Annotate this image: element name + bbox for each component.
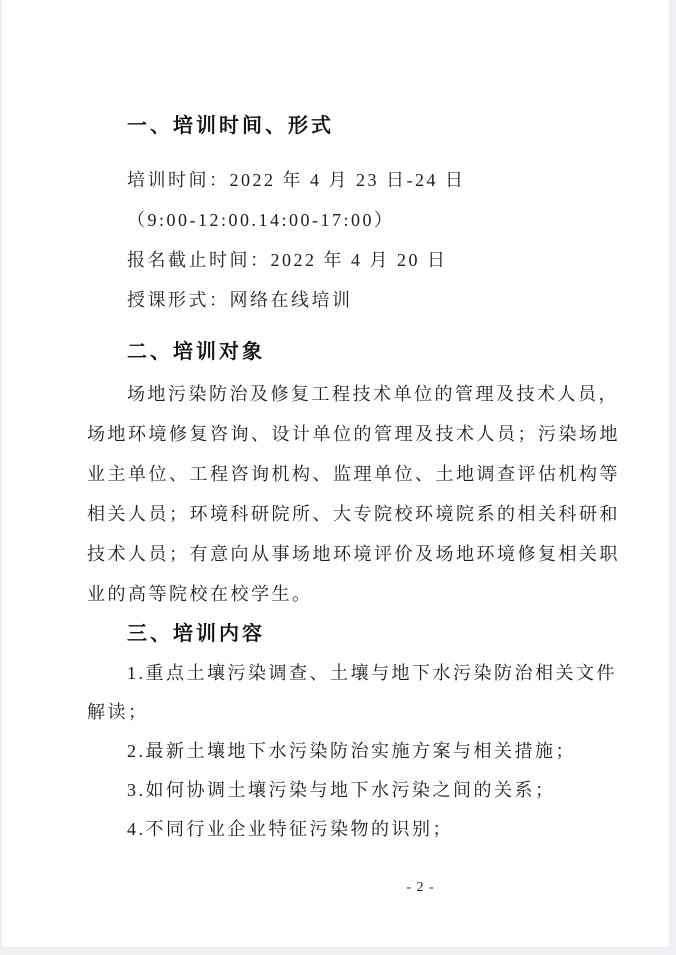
document-page: 一、培训时间、形式 培训时间：2022 年 4 月 23 日-24 日 （9:0… xyxy=(2,0,669,947)
teaching-format-line: 授课形式：网络在线培训 xyxy=(87,280,592,320)
page-content: 一、培训时间、形式 培训时间：2022 年 4 月 23 日-24 日 （9:0… xyxy=(87,0,592,849)
registration-deadline-line: 报名截止时间：2022 年 4 月 20 日 xyxy=(87,240,592,280)
section-heading-1: 一、培训时间、形式 xyxy=(87,106,592,146)
document-viewport: 一、培训时间、形式 培训时间：2022 年 4 月 23 日-24 日 （9:0… xyxy=(0,0,676,955)
section-heading-3: 三、培训内容 xyxy=(87,614,592,654)
list-item-line: 3.如何协调土壤污染与地下水污染之间的关系； xyxy=(87,771,592,810)
paragraph-line: 场地污染防治及修复工程技术单位的管理及技术人员， xyxy=(87,374,592,414)
page-number: - 2 - xyxy=(87,880,676,896)
list-item-line: 4.不同行业企业特征污染物的识别； xyxy=(87,810,592,849)
paragraph-line: 业的高等院校在校学生。 xyxy=(87,574,592,614)
paragraph-line: 相关人员；环境科研院所、大专院校环境院系的相关科研和 xyxy=(87,494,592,534)
section-heading-2: 二、培训对象 xyxy=(87,332,592,372)
list-item-line: 解读； xyxy=(87,693,592,732)
paragraph-line: 场地环境修复咨询、设计单位的管理及技术人员；污染场地 xyxy=(87,414,592,454)
section-1-body: 培训时间：2022 年 4 月 23 日-24 日 （9:00-12:00.14… xyxy=(87,160,592,320)
paragraph-line: 业主单位、工程咨询机构、监理单位、土地调查评估机构等 xyxy=(87,454,592,494)
list-item-line: 2.最新土壤地下水污染防治实施方案与相关措施； xyxy=(87,732,592,771)
training-time-line: 培训时间：2022 年 4 月 23 日-24 日 xyxy=(87,160,592,200)
list-item-line: 1.重点土壤污染调查、土壤与地下水污染防治相关文件 xyxy=(87,654,592,693)
paragraph-line: 技术人员；有意向从事场地环境评价及场地环境修复相关职 xyxy=(87,534,592,574)
training-content-list: 1.重点土壤污染调查、土壤与地下水污染防治相关文件 解读； 2.最新土壤地下水污… xyxy=(87,654,592,849)
trainee-paragraph: 场地污染防治及修复工程技术单位的管理及技术人员， 场地环境修复咨询、设计单位的管… xyxy=(87,374,592,614)
training-hours-line: （9:00-12:00.14:00-17:00） xyxy=(87,200,592,240)
